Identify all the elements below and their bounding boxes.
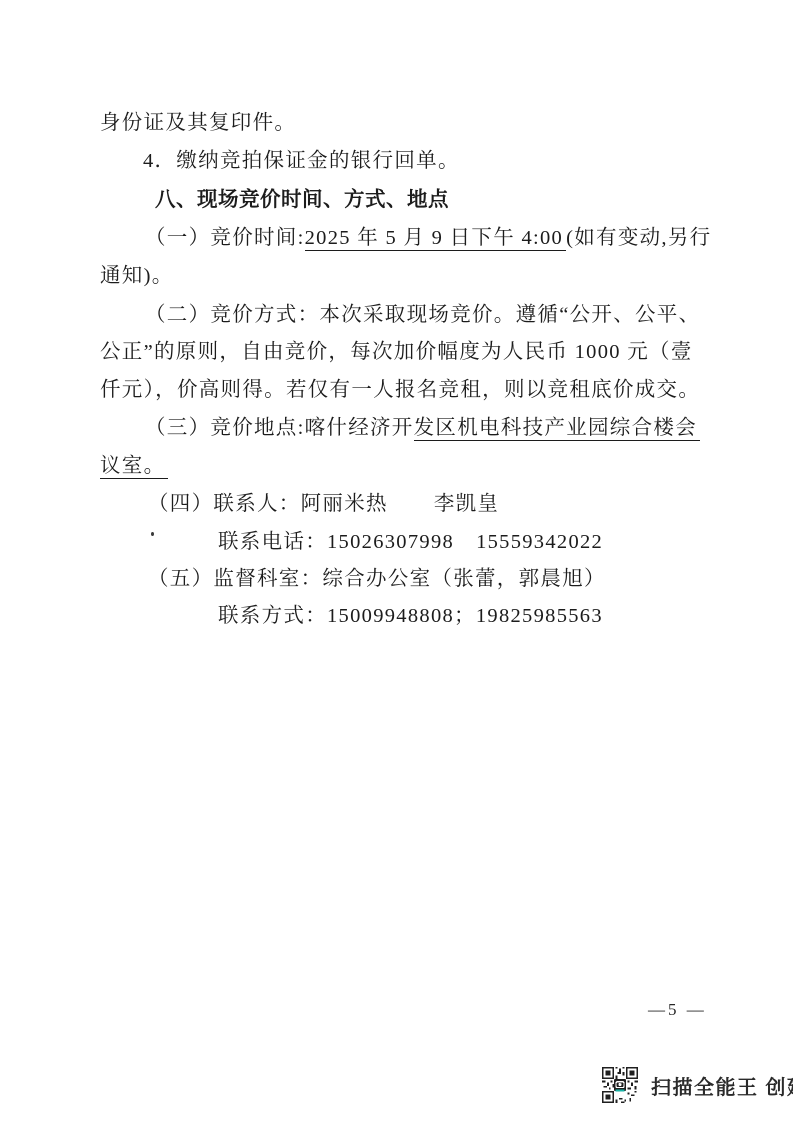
underlined-date-text: 2025 年 5 月 9 日下午 4:00 (305, 227, 567, 251)
body-line: （五）监督科室：综合办公室（张蕾，郭晨旭） (148, 566, 606, 593)
line-text: 公正”的原则，自由竞价，每次加价幅度为人民币 1000 元（壹 (100, 341, 693, 363)
contact-person-2: 李凯皇 (434, 493, 499, 515)
body-line: 公正”的原则，自由竞价，每次加价幅度为人民币 1000 元（壹 (100, 339, 693, 366)
body-line: 联系电话：1502630799815559342022 (218, 529, 603, 556)
line-text: （二）竞价方式：本次采取现场竞价。遵循“公开、公平、 (145, 304, 700, 326)
body-line: （四）联系人：阿丽米热李凯皇 (148, 491, 499, 518)
body-line: （三）竞价地点:喀什经济开发区机电科技产业园综合楼会 (145, 415, 700, 442)
underlined-location-text: 发区机电科技产业园综合楼会 (414, 417, 700, 441)
body-line: 议室。 (100, 453, 168, 480)
contact-person-1: （四）联系人：阿丽米热 (148, 493, 388, 515)
contact-phone-1: 联系电话：15026307998 (218, 531, 454, 553)
underlined-location-text: 议室。 (100, 455, 168, 479)
line-text: （三）竞价地点:喀什经济开 (145, 417, 414, 439)
contact-phone-2: 15559342022 (476, 531, 603, 553)
line-text: （一）竞价时间: (145, 227, 305, 249)
qr-code-icon (602, 1067, 638, 1103)
supervision-phone-text: 联系方式：15009948808；19825985563 (218, 605, 603, 627)
camscanner-watermark: 扫描全能王 创建 (602, 1067, 793, 1103)
supervision-office-text: （五）监督科室：综合办公室（张蕾，郭晨旭） (148, 568, 606, 590)
watermark-text: 扫描全能王 创建 (651, 1071, 793, 1100)
body-line: 通知)。 (100, 263, 174, 290)
body-line: （二）竞价方式：本次采取现场竞价。遵循“公开、公平、 (145, 302, 700, 329)
body-line: （一）竞价时间:2025 年 5 月 9 日下午 4:00(如有变动,另行 (145, 225, 711, 252)
document-page: 身份证及其复印件。 4．缴纳竞拍保证金的银行回单。 八、现场竞价时间、方式、地点… (0, 0, 793, 1122)
line-text: 身份证及其复印件。 (100, 112, 296, 134)
line-text: 4．缴纳竞拍保证金的银行回单。 (143, 150, 460, 172)
body-line: 4．缴纳竞拍保证金的银行回单。 (143, 148, 460, 175)
body-line: 仟元），价高则得。若仅有一人报名竞租，则以竞租底价成交。 (100, 377, 700, 404)
heading-text: 八、现场竞价时间、方式、地点 (155, 188, 449, 211)
body-line: 联系方式：15009948808；19825985563 (218, 603, 603, 630)
section-heading: 八、现场竞价时间、方式、地点 (155, 186, 449, 213)
line-text: (如有变动,另行 (566, 227, 711, 249)
line-text: 通知)。 (100, 265, 174, 287)
line-text: 仟元），价高则得。若仅有一人报名竞租，则以竞租底价成交。 (100, 379, 700, 401)
body-line: 身份证及其复印件。 (100, 110, 296, 137)
ink-dot-artifact (151, 532, 154, 536)
page-number: —5 — (648, 1000, 707, 1020)
